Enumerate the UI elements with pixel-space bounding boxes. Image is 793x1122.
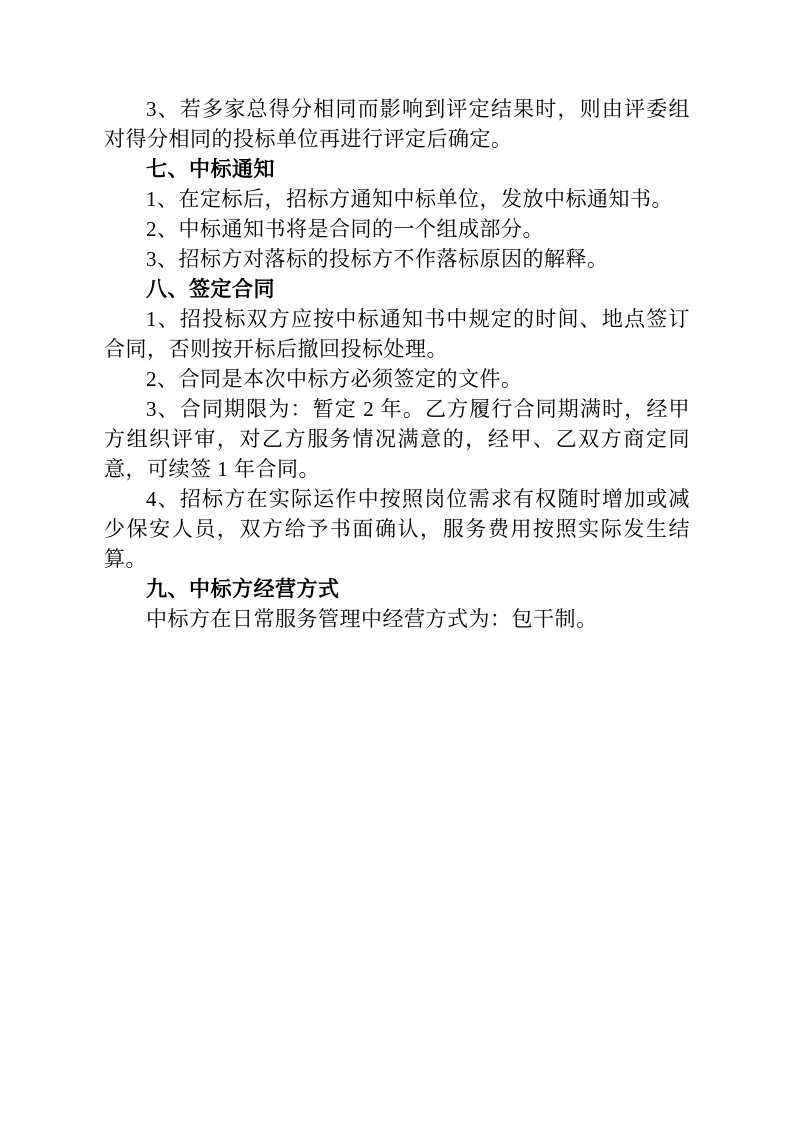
paragraph: 4、招标方在实际运作中按照岗位需求有权随时增加或减少保安人员，双方给予书面确认，… <box>104 484 690 574</box>
document-body: 3、若多家总得分相同而影响到评定结果时，则由评委组对得分相同的投标单位再进行评定… <box>104 94 690 634</box>
paragraph: 3、招标方对落标的投标方不作落标原因的解释。 <box>104 244 690 274</box>
paragraph: 3、合同期限为：暂定 2 年。乙方履行合同期满时，经甲方组织评审，对乙方服务情况… <box>104 394 690 484</box>
section-heading: 八、签定合同 <box>104 274 690 304</box>
paragraph: 2、合同是本次中标方必须签定的文件。 <box>104 364 690 394</box>
section-heading: 九、中标方经营方式 <box>104 574 690 604</box>
paragraph: 1、在定标后，招标方通知中标单位，发放中标通知书。 <box>104 184 690 214</box>
paragraph: 3、若多家总得分相同而影响到评定结果时，则由评委组对得分相同的投标单位再进行评定… <box>104 94 690 154</box>
section-heading: 七、中标通知 <box>104 154 690 184</box>
document-page: 3、若多家总得分相同而影响到评定结果时，则由评委组对得分相同的投标单位再进行评定… <box>0 0 793 1122</box>
paragraph: 2、中标通知书将是合同的一个组成部分。 <box>104 214 690 244</box>
paragraph: 1、招投标双方应按中标通知书中规定的时间、地点签订合同，否则按开标后撤回投标处理… <box>104 304 690 364</box>
paragraph: 中标方在日常服务管理中经营方式为：包干制。 <box>104 604 690 634</box>
